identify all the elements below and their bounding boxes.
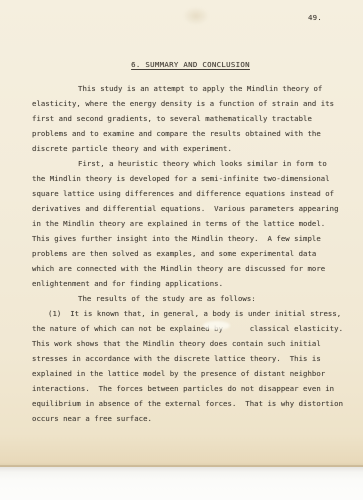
text-line: discrete particle theory and with experi…: [32, 141, 350, 156]
text-line: equilibrium in absence of the external f…: [32, 396, 350, 411]
text-line: square lattice using differences and dif…: [32, 186, 350, 201]
text-line: problems are then solved as examples, an…: [32, 246, 350, 261]
text-line: This gives further insight into the Mind…: [32, 231, 350, 246]
text-line: occurs near a free surface.: [32, 411, 350, 426]
text-line: (1) It is known that, in general, a body…: [32, 306, 350, 321]
text-line: derivatives and differential equations. …: [32, 201, 350, 216]
section-heading: 6. SUMMARY AND CONCLUSION: [0, 59, 363, 71]
paragraph-2: First, a heuristic theory which looks si…: [32, 156, 350, 291]
text-line: explained in the lattice model by the pr…: [32, 366, 350, 381]
text-line: stresses in accordance with the discrete…: [32, 351, 350, 366]
text-line: elasticity, where the energy density is …: [32, 96, 350, 111]
paragraph-1: This study is an attempt to apply the Mi…: [32, 81, 350, 156]
text-line: first and second gradients, to several m…: [32, 111, 350, 126]
paragraph-3: The results of the study are as follows:: [32, 291, 350, 306]
paper-stain: [183, 7, 209, 25]
whiteout-smudge: [203, 321, 230, 330]
scan-backing: [0, 467, 363, 500]
page-number: 49.: [308, 13, 322, 23]
text-line: the nature of which can not be explained…: [32, 321, 350, 336]
text-line: which are connected with the Mindlin the…: [32, 261, 350, 276]
text-line: problems and to examine and compare the …: [32, 126, 350, 141]
text-line: This study is an attempt to apply the Mi…: [32, 81, 350, 96]
text-line: This work shows that the Mindlin theory …: [32, 336, 350, 351]
text-line: interactions. The forces between particl…: [32, 381, 350, 396]
text-line: The results of the study are as follows:: [32, 291, 350, 306]
body-text: This study is an attempt to apply the Mi…: [32, 81, 350, 426]
text-line: First, a heuristic theory which looks si…: [32, 156, 350, 171]
text-line: in the Mindlin theory are explained in t…: [32, 216, 350, 231]
document-page-sheet: 49. 6. SUMMARY AND CONCLUSION This study…: [0, 0, 363, 467]
paragraph-4-result-1: (1) It is known that, in general, a body…: [32, 306, 350, 426]
text-line: enlightenment and for finding applicatio…: [32, 276, 350, 291]
text-line: the Mindlin theory is developed for a se…: [32, 171, 350, 186]
